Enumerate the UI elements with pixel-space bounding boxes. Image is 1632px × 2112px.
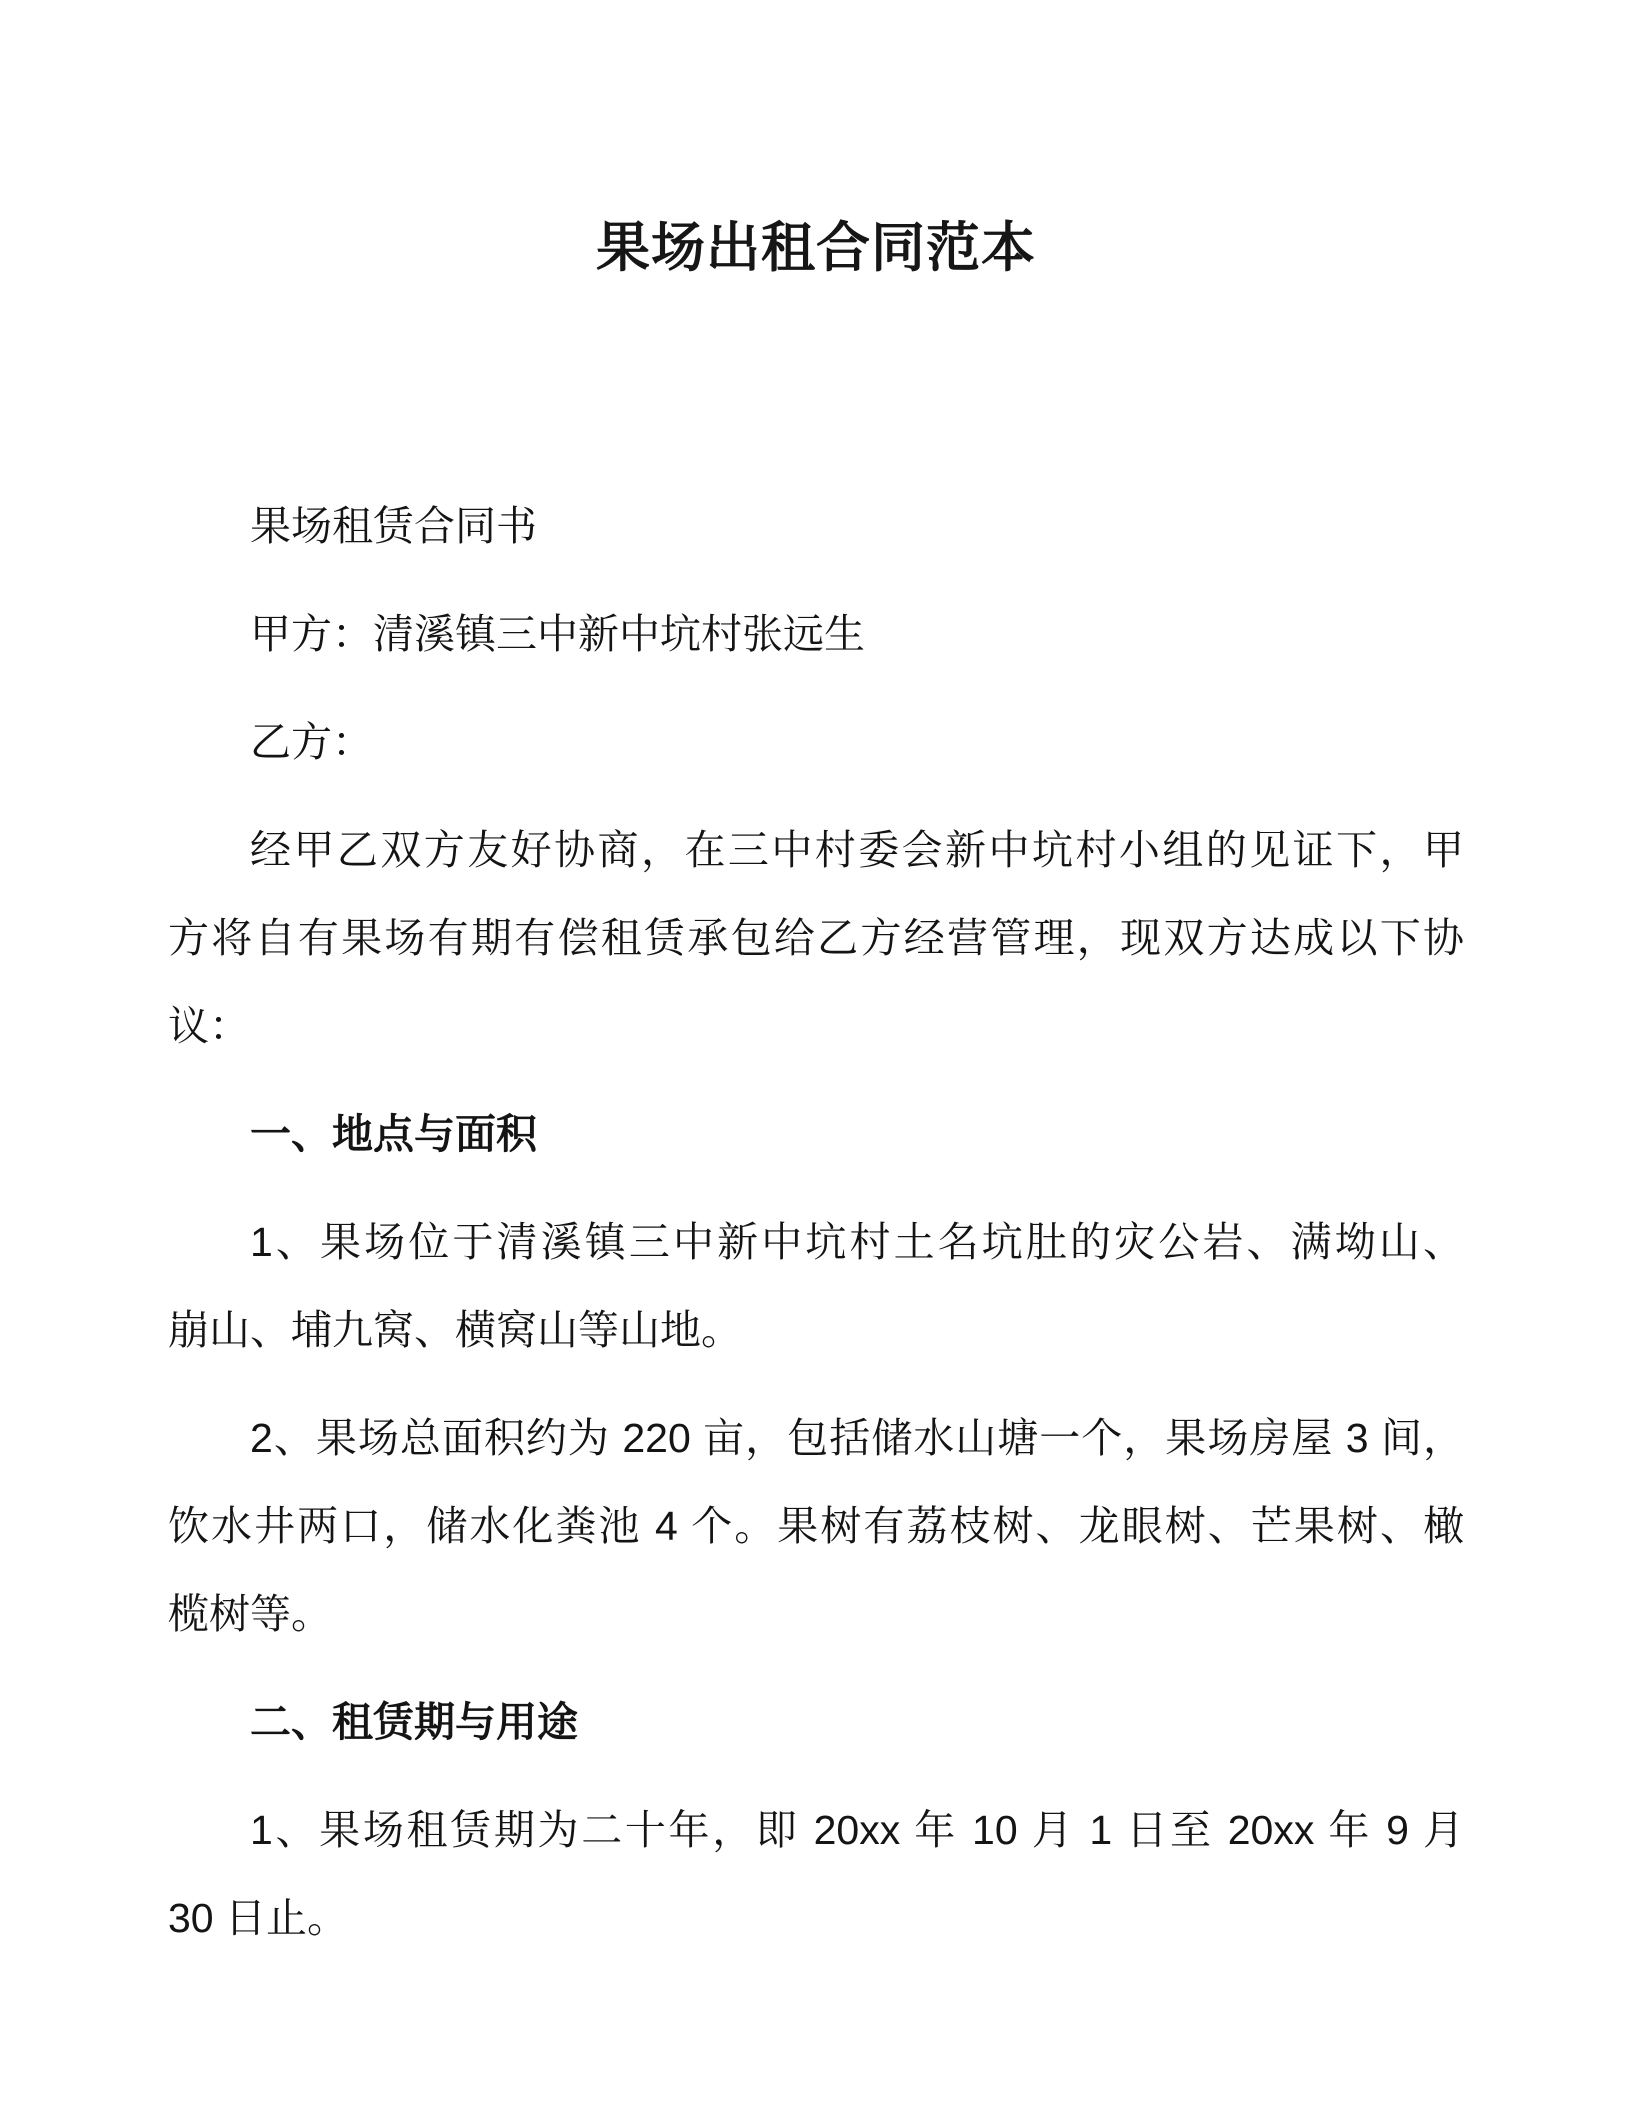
paragraph: 1、果场位于清溪镇三中新中坑村土名坑肚的灾公岩、满坳山、崩山、埔九窝、横窝山等山… <box>168 1198 1464 1374</box>
text-line: 2、果场总面积约为 220 亩，包括储水山塘一个，果场房屋 3 间， <box>168 1394 1464 1482</box>
text-line: 饮水井两口，储水化粪池 4 个。果树有荔枝树、龙眼树、芒果树、橄 <box>168 1482 1464 1570</box>
text-line: 议： <box>168 982 1464 1070</box>
paragraph: 经甲乙双方友好协商，在三中村委会新中坑村小组的见证下，甲方将自有果场有期有偿租赁… <box>168 806 1464 1070</box>
section-heading: 二、租赁期与用途 <box>168 1678 1464 1766</box>
text-line: 榄树等。 <box>168 1570 1464 1658</box>
text-line: 果场租赁合同书 <box>168 482 1464 570</box>
text-line: 崩山、埔九窝、横窝山等山地。 <box>168 1286 1464 1374</box>
text-line: 甲方：清溪镇三中新中坑村张远生 <box>168 590 1464 678</box>
text-line: 乙方： <box>168 698 1464 786</box>
text-line: 30 日止。 <box>168 1874 1464 1962</box>
text-line: 经甲乙双方友好协商，在三中村委会新中坑村小组的见证下，甲 <box>168 806 1464 894</box>
text-line: 二、租赁期与用途 <box>168 1678 1464 1766</box>
paragraph: 1、果场租赁期为二十年，即 20xx 年 10 月 1 日至 20xx 年 9 … <box>168 1786 1464 1962</box>
document-title: 果场出租合同范本 <box>168 212 1464 284</box>
document-page: 果场出租合同范本 果场租赁合同书甲方：清溪镇三中新中坑村张远生乙方：经甲乙双方友… <box>0 0 1632 2112</box>
paragraph: 果场租赁合同书 <box>168 482 1464 570</box>
paragraph: 2、果场总面积约为 220 亩，包括储水山塘一个，果场房屋 3 间，饮水井两口，… <box>168 1394 1464 1658</box>
paragraph: 乙方： <box>168 698 1464 786</box>
text-line: 1、果场位于清溪镇三中新中坑村土名坑肚的灾公岩、满坳山、 <box>168 1198 1464 1286</box>
text-line: 1、果场租赁期为二十年，即 20xx 年 10 月 1 日至 20xx 年 9 … <box>168 1786 1464 1874</box>
text-line: 一、地点与面积 <box>168 1090 1464 1178</box>
document-body: 果场租赁合同书甲方：清溪镇三中新中坑村张远生乙方：经甲乙双方友好协商，在三中村委… <box>168 482 1464 1962</box>
paragraph: 甲方：清溪镇三中新中坑村张远生 <box>168 590 1464 678</box>
text-line: 方将自有果场有期有偿租赁承包给乙方经营管理，现双方达成以下协 <box>168 894 1464 982</box>
section-heading: 一、地点与面积 <box>168 1090 1464 1178</box>
